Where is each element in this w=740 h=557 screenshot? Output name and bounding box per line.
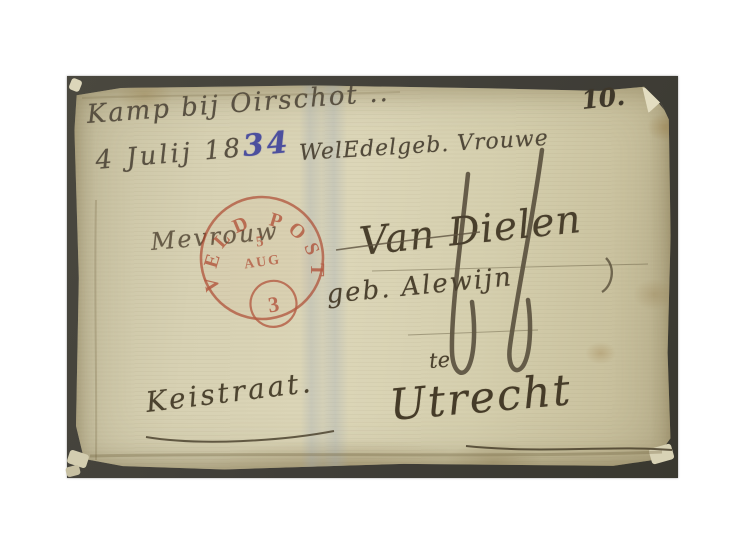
rate-marking-10: 10. bbox=[580, 82, 626, 115]
scan-page: { "colors": { "page_background": "#fffff… bbox=[0, 0, 740, 557]
address-te: te bbox=[428, 348, 450, 373]
torn-paper-bit bbox=[68, 77, 83, 92]
docket-year-blue-ink: 34 bbox=[241, 125, 292, 164]
torn-paper-bit bbox=[65, 464, 81, 477]
veldpost-datestamp: VELD POST 5 AUG 3 bbox=[172, 168, 353, 349]
